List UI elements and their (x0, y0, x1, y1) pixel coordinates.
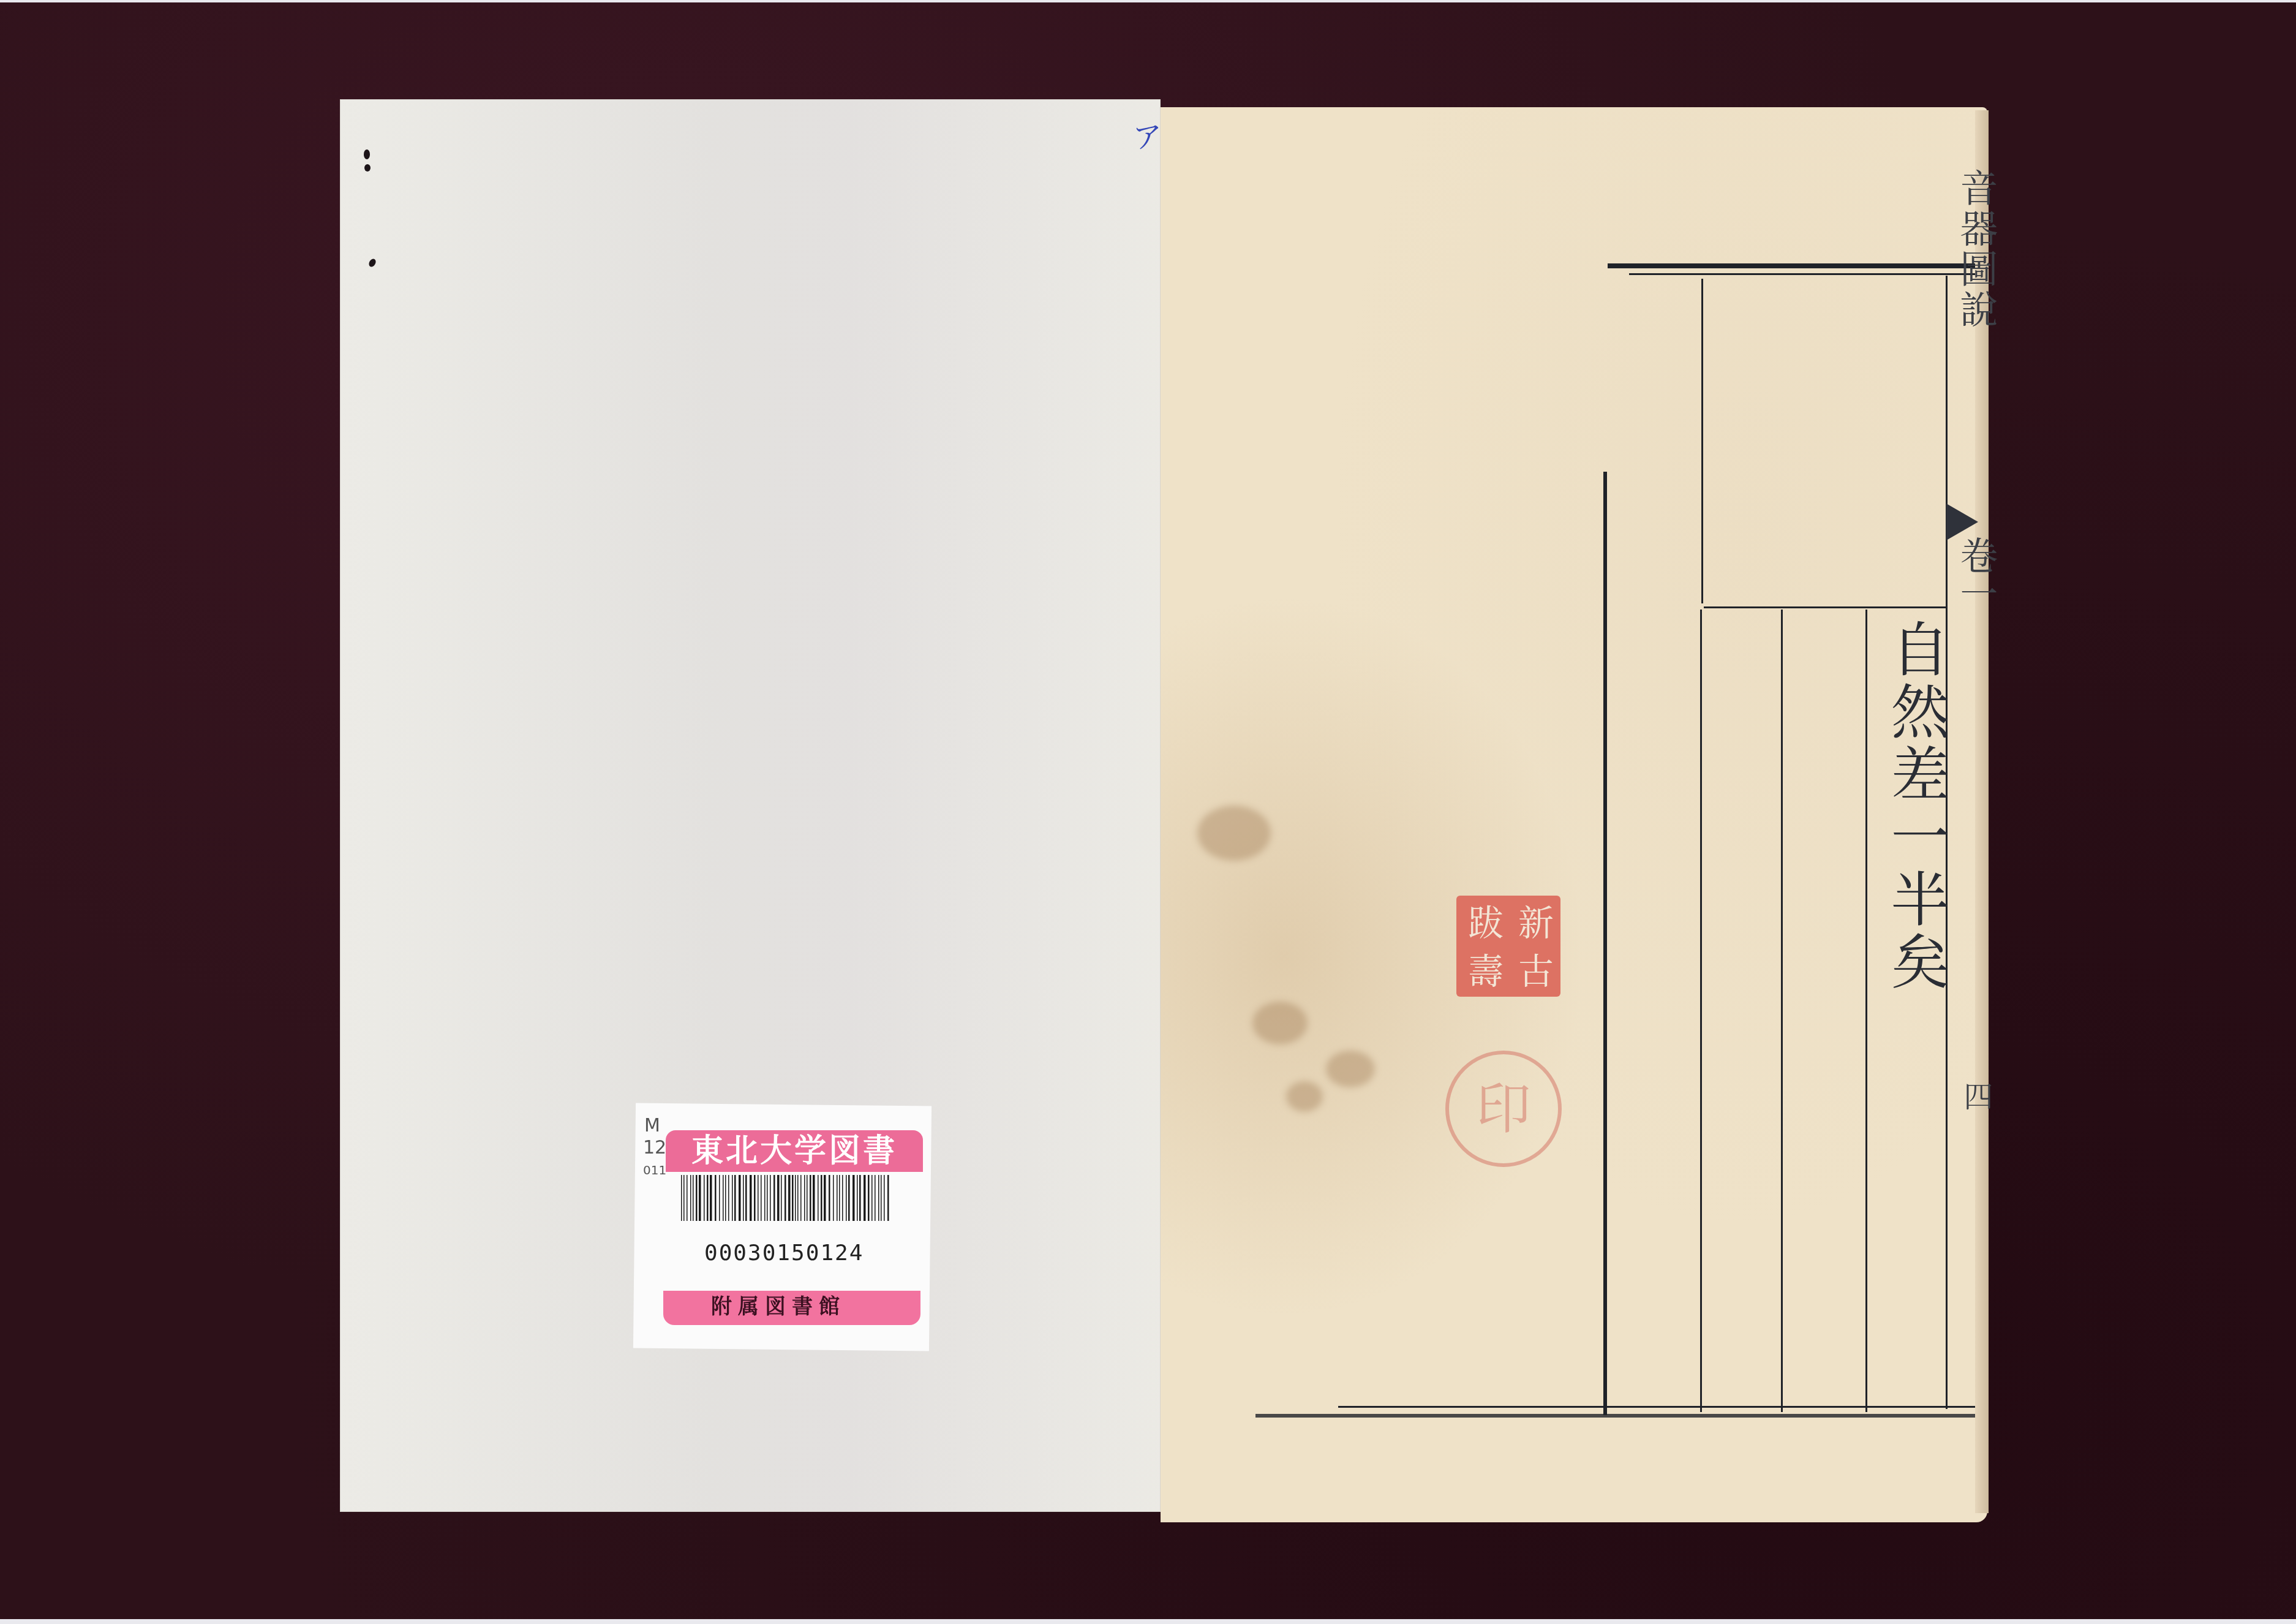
column-rule (1865, 610, 1867, 1412)
water-stain (1252, 1002, 1308, 1044)
shelf-mark-line: M (643, 1115, 661, 1137)
seal-char: 新 (1508, 898, 1558, 946)
left-border-rule (1603, 472, 1607, 1415)
shelf-mark-line: 011 (643, 1159, 661, 1181)
box-bottom-rule (1704, 606, 1946, 608)
water-stain (1197, 806, 1271, 861)
ink-mark (367, 257, 377, 268)
water-stain (1286, 1081, 1323, 1112)
folio-number: 四 (1955, 1081, 1997, 1111)
square-seal: 新 古 跋 壽 (1456, 896, 1560, 997)
ink-mark (364, 164, 371, 172)
block-heart-title: 音器圖說 (1949, 168, 2003, 330)
water-stain (1326, 1051, 1375, 1087)
seal-char: 壽 (1458, 946, 1508, 995)
seal-char: 古 (1508, 946, 1558, 995)
block-heart-volume: 卷一 (1949, 536, 2003, 612)
label-footer: 附属図書館 (663, 1291, 920, 1325)
bottom-border-rule (1255, 1414, 1975, 1418)
scan-border-bottom (0, 1619, 2296, 1624)
bottom-border-rule-inner (1338, 1406, 1975, 1408)
column-rule (1781, 610, 1783, 1412)
column-rule (1700, 610, 1702, 1412)
handwritten-shelf-mark: M 12 011 (643, 1115, 661, 1181)
fishtail-icon (1946, 504, 1978, 540)
label-header: 東北大学図書 (666, 1130, 923, 1172)
seal-char: 跋 (1458, 898, 1508, 946)
ink-mark (364, 149, 370, 159)
round-seal: 印 (1445, 1051, 1562, 1167)
shelf-mark-line: 12 (643, 1137, 661, 1159)
right-printed-page (1161, 107, 1987, 1522)
scan-border-top (0, 0, 2296, 2)
main-text-column: 自然差一半矣 (1874, 619, 1958, 994)
top-border-rule-inner (1629, 273, 1975, 275)
barcode-number: 00030150124 (704, 1241, 864, 1266)
box-left-rule (1701, 279, 1703, 603)
barcode-icon (680, 1175, 891, 1221)
handwritten-mark: ア (1131, 112, 1165, 157)
top-border-rule (1608, 263, 1975, 268)
